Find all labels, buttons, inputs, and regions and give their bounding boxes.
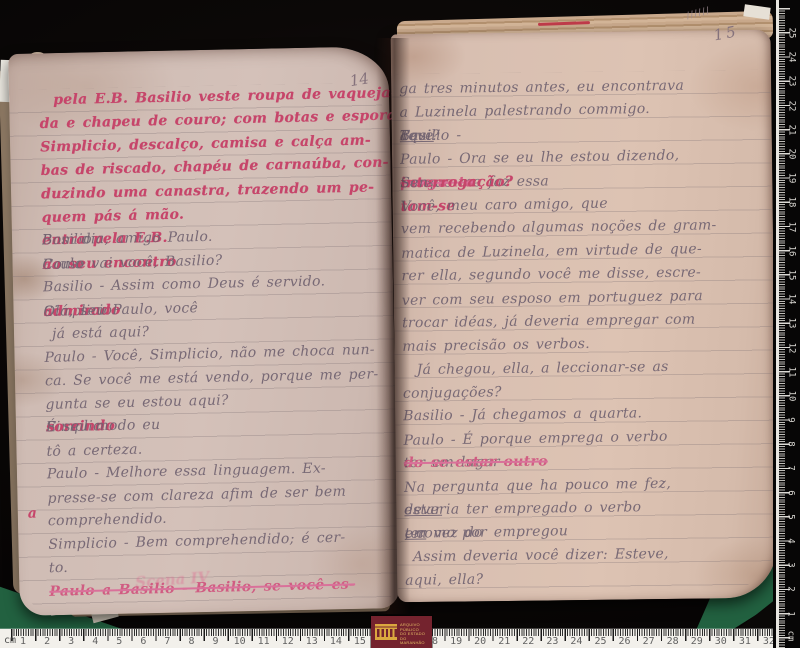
ruler-number: 21 bbox=[492, 636, 516, 647]
ruler-number-cell: 7 bbox=[784, 456, 798, 480]
ruler-number: 20 bbox=[468, 636, 492, 647]
ruler-number: 22 bbox=[786, 100, 796, 111]
right-page: 15 ////// ga tres minutos antes, eu enco… bbox=[391, 30, 778, 603]
ruler-number: 17 bbox=[786, 221, 796, 232]
ruler-number: 11 bbox=[786, 366, 796, 377]
ruler-number: 2 bbox=[786, 587, 796, 592]
ruler-number: 8 bbox=[786, 442, 796, 447]
pencil-text: Já chegou, ella, a leccionar-se as bbox=[417, 356, 669, 382]
ruler-number-cell: 16 bbox=[784, 239, 798, 263]
ruler-number: 5 bbox=[107, 636, 131, 647]
ruler-number: 28 bbox=[661, 636, 685, 647]
ruler-number-cell: 1 bbox=[784, 602, 798, 626]
ruler-number: 6 bbox=[786, 490, 796, 495]
ruler-number: 7 bbox=[786, 466, 796, 471]
pencil-text: Você, meu caro amigo, que bbox=[400, 193, 608, 220]
ruler-number-cell: 15 bbox=[784, 263, 798, 287]
ruler-number: 10 bbox=[786, 390, 796, 401]
pencil-text: comprehendido. bbox=[48, 508, 168, 534]
ruler-number: 5 bbox=[786, 514, 796, 519]
ruler-number-cell: 4 bbox=[784, 529, 798, 553]
ruler-number: 20 bbox=[786, 149, 796, 160]
ruler-number: 4 bbox=[83, 636, 107, 647]
ruler-number: 14 bbox=[786, 294, 796, 305]
ruler-number: 16 bbox=[786, 245, 796, 256]
ruler-numbers-left: 123456789101112131415 bbox=[11, 636, 372, 647]
ruler-number-cell: 19 bbox=[784, 166, 798, 190]
ruler-number: 11 bbox=[252, 636, 276, 647]
margin-mark: a bbox=[28, 506, 37, 522]
ruler-number: 12 bbox=[786, 342, 796, 353]
ruler-numbers-right: 181920212223242526272829303132 bbox=[420, 636, 781, 647]
ruler-number: 14 bbox=[324, 636, 348, 647]
ruler-number-cell: 9 bbox=[784, 408, 798, 432]
ruler-number: 24 bbox=[786, 52, 796, 63]
pencil-text: to. bbox=[49, 557, 69, 581]
scanned-notebook-photo: 14 a Scena IV pela E.B. Basilio veste ro… bbox=[0, 0, 800, 648]
ruler-number: 23 bbox=[540, 636, 564, 647]
ruler-number-cell: 14 bbox=[784, 287, 798, 311]
ruler-number-cell: 11 bbox=[784, 360, 798, 384]
ruler-number: 25 bbox=[786, 28, 796, 39]
ruler-number: 8 bbox=[179, 636, 203, 647]
ruler-number: 2 bbox=[35, 636, 59, 647]
page-number-right: 15 bbox=[712, 22, 740, 44]
ruler-number: 23 bbox=[786, 76, 796, 87]
ruler-number-cell: 6 bbox=[784, 481, 798, 505]
ruler-number: 30 bbox=[709, 636, 733, 647]
ruler-number: 1 bbox=[786, 611, 796, 616]
ruler-number: 22 bbox=[516, 636, 540, 647]
pencil-text: , como por empregou bbox=[404, 521, 568, 547]
pencil-text: Bom dia, amigo Paulo. bbox=[42, 226, 213, 253]
ruler-number: 1 bbox=[11, 636, 35, 647]
ruler-number-cell: 3 bbox=[784, 553, 798, 577]
ruler-number-cell: 24 bbox=[784, 45, 798, 69]
ruler-numbers: 2524232221201918171615141312111098765432… bbox=[784, 21, 798, 626]
ruler-number: 13 bbox=[786, 318, 796, 329]
ruler-number-cell: 21 bbox=[784, 118, 798, 142]
ruler-number: 15 bbox=[786, 270, 796, 281]
ruler-number-cell: 20 bbox=[784, 142, 798, 166]
ruler-number: 24 bbox=[564, 636, 588, 647]
ruler-number: 10 bbox=[228, 636, 252, 647]
archive-logo-text: ARQUIVOPÚBLICODO ESTADODO MARANHÃO bbox=[400, 623, 430, 646]
ruler-unit-label: cm bbox=[785, 631, 795, 642]
ruler-number-cell: 23 bbox=[784, 69, 798, 93]
ruler-number: 18 bbox=[786, 197, 796, 208]
ruler-number-cell: 2 bbox=[784, 577, 798, 601]
archive-logo-text-line: DO MARANHÃO bbox=[400, 637, 430, 646]
ruler-number-cell: 17 bbox=[784, 215, 798, 239]
ruler-number-cell: 22 bbox=[784, 94, 798, 118]
pencil-text: Basilio - Já chegamos a quarta. bbox=[403, 403, 642, 429]
pencil-text: tô a certeza. bbox=[46, 438, 143, 464]
ruler-number: 3 bbox=[59, 636, 83, 647]
archive-building-icon bbox=[375, 624, 397, 640]
ruler-number: 9 bbox=[204, 636, 228, 647]
gutter-shadow bbox=[376, 38, 410, 614]
ruler-number: 7 bbox=[155, 636, 179, 647]
manuscript-text-right: ga tres minutos antes, eu encontrava a L… bbox=[399, 74, 771, 593]
pencil-text: aqui, ella? bbox=[405, 569, 483, 594]
ruler-number: 13 bbox=[300, 636, 324, 647]
pencil-text: rer ella, segundo você me disse, escre- bbox=[401, 262, 701, 289]
pencil-text: conjugações? bbox=[403, 381, 502, 406]
ruler-number-cell: 12 bbox=[784, 335, 798, 359]
ruler-number-cell: 18 bbox=[784, 190, 798, 214]
ruler-number: 12 bbox=[276, 636, 300, 647]
ruler-number-cell: 13 bbox=[784, 311, 798, 335]
ruler-number: 15 bbox=[348, 636, 372, 647]
ruler-number-cell: 10 bbox=[784, 384, 798, 408]
ruler-number-cell: 5 bbox=[784, 505, 798, 529]
vertical-ruler: 2524232221201918171615141312111098765432… bbox=[773, 0, 800, 648]
red-ink-strikethrough-text: do se estar outro bbox=[404, 451, 548, 476]
ruler-number: 27 bbox=[637, 636, 661, 647]
ruler-number: 21 bbox=[786, 124, 796, 135]
ruler-number: 31 bbox=[733, 636, 757, 647]
ruler-number: 4 bbox=[786, 538, 796, 543]
pencil-text: É seu modo eu bbox=[46, 414, 161, 440]
ruler-number: 25 bbox=[588, 636, 612, 647]
ruler-number-cell: 8 bbox=[784, 432, 798, 456]
ruler-number: 6 bbox=[131, 636, 155, 647]
ruler-number: 9 bbox=[786, 417, 796, 422]
left-page: 14 a Scena IV pela E.B. Basilio veste ro… bbox=[8, 46, 400, 616]
manuscript-text-left: pela E.B. Basilio veste roupa de vaqueja… bbox=[39, 82, 396, 604]
archive-logo: ARQUIVOPÚBLICODO ESTADODO MARANHÃO bbox=[371, 616, 432, 648]
ruler-number-cell: 25 bbox=[784, 21, 798, 45]
pencil-text: mais precisão os verbos. bbox=[402, 333, 590, 359]
ruler-number: 19 bbox=[444, 636, 468, 647]
ruler-number: 3 bbox=[786, 563, 796, 568]
ruler-number: 19 bbox=[786, 173, 796, 184]
pencil-text: já está aqui? bbox=[52, 321, 150, 346]
ruler-number: 26 bbox=[613, 636, 637, 647]
ruler-number: 29 bbox=[685, 636, 709, 647]
